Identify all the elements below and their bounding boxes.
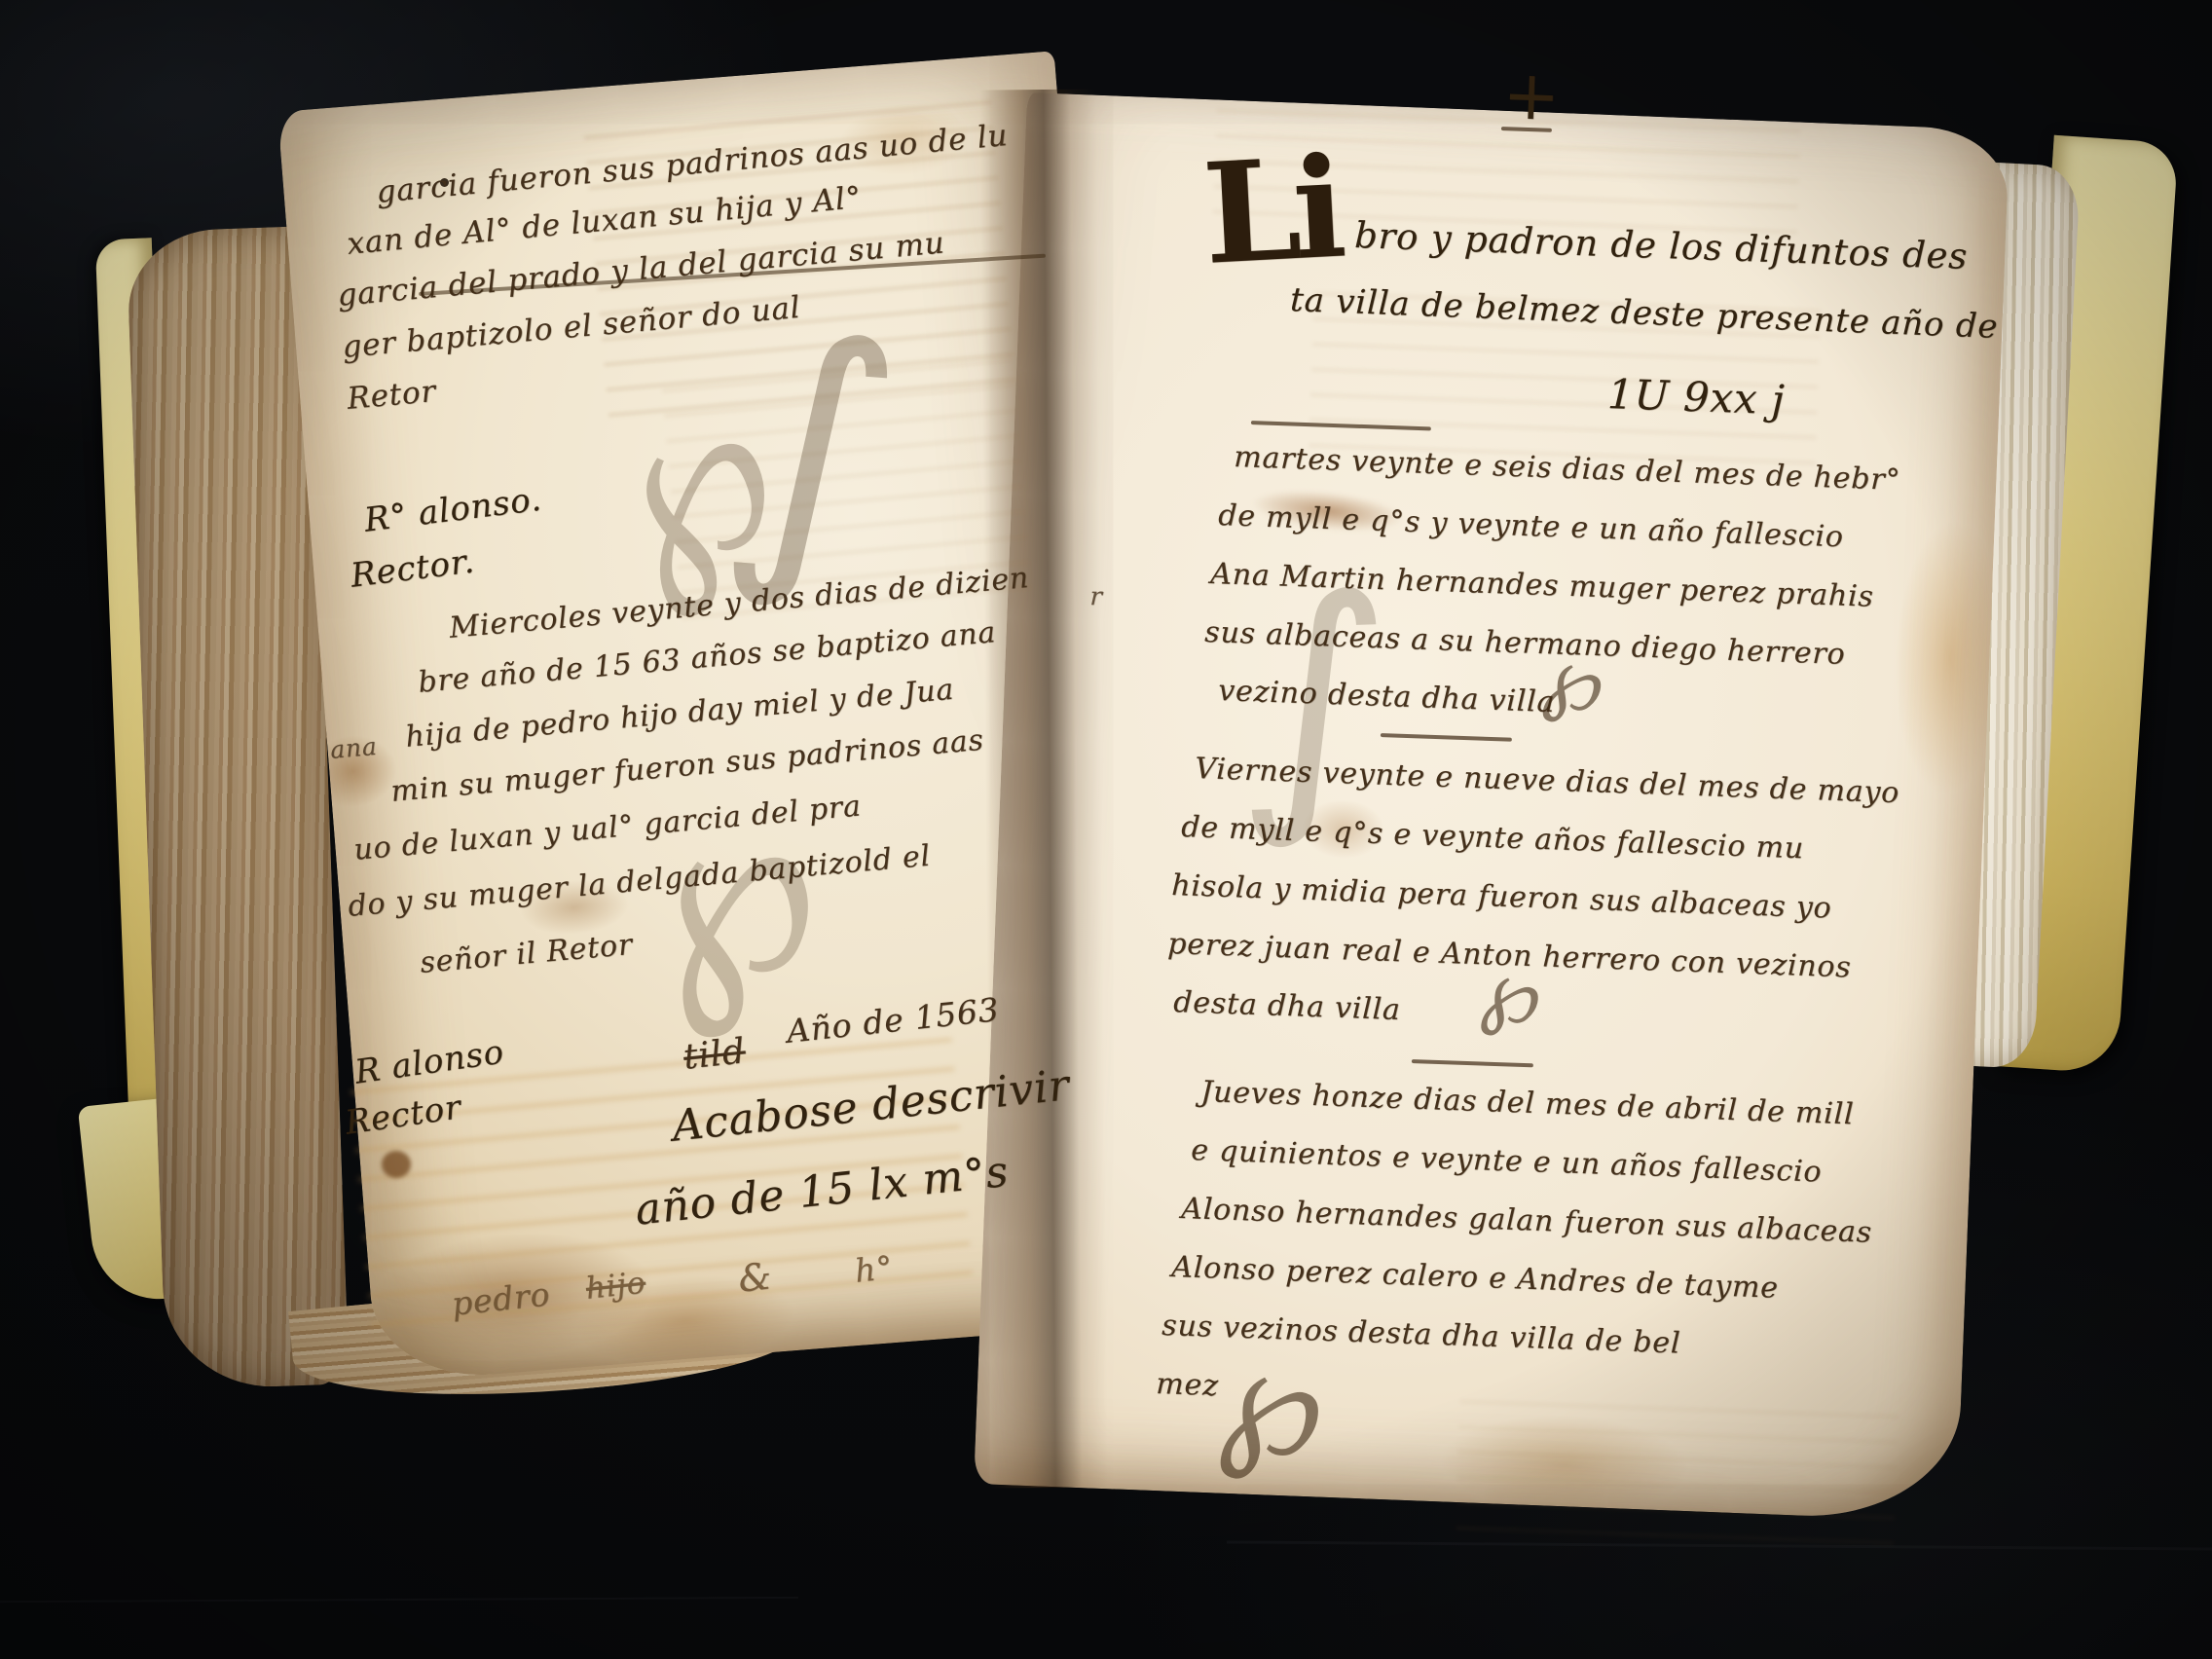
footer-ampersand: & — [736, 1254, 774, 1300]
crossed-out-word: hijo — [584, 1266, 647, 1307]
manuscript-line: mez — [1156, 1367, 1220, 1403]
photo-of-open-manuscript-book: garcia fueron sus padrinos aas uo de lu … — [0, 0, 2212, 1659]
ink-bleed-through — [1456, 1400, 1899, 1562]
crossed-out-word: tild — [682, 1031, 748, 1077]
margin-note: ana — [329, 732, 379, 764]
table-reflection — [0, 1597, 798, 1603]
brown-blot — [382, 1151, 411, 1178]
pen-flourish: ∫ — [1236, 584, 1393, 812]
cross-mark: + — [1501, 55, 1562, 136]
decorated-initial: Li — [1199, 128, 1342, 296]
rubric-flourish-icon: ℘ — [1214, 1336, 1335, 1468]
footer-abbreviation: h° — [853, 1248, 895, 1290]
margin-mark: r — [1089, 582, 1103, 611]
year-mark: 1U 9xx j — [1606, 370, 1786, 424]
